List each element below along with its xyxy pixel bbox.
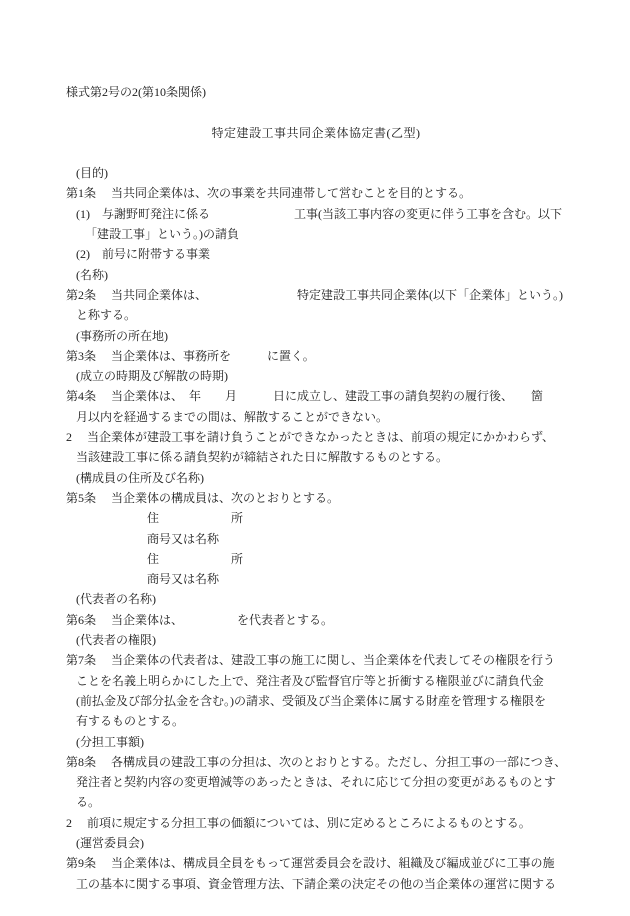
doc-line: ことを名義上明らかにした上で、発注者及び監督官庁等と折衝する権限並びに請負代金: [66, 671, 566, 691]
doc-line: (分担工事額): [66, 732, 566, 752]
doc-line: (目的): [66, 163, 566, 183]
doc-line: 第7条 当企業体の代表者は、建設工事の施工に関し、当企業体を代表してその権限を行…: [66, 650, 566, 670]
doc-line: る。: [66, 792, 566, 812]
doc-line: 発注者と契約内容の変更増減等のあったときは、それに応じて分担の変更があるものとす: [66, 772, 566, 792]
doc-line: (成立の時期及び解散の時期): [66, 366, 566, 386]
doc-line: 当該建設工事に係る請負契約が締結された日に解散するものとする。: [66, 447, 566, 467]
doc-line: 第1条 当共同企業体は、次の事業を共同連帯して営むことを目的とする。: [66, 183, 566, 203]
doc-line: 工の基本に関する事項、資金管理方法、下請企業の決定その他の当企業体の運営に関する: [66, 874, 566, 894]
doc-line: (運営委員会): [66, 833, 566, 853]
doc-line: 第4条 当企業体は、 年 月 日に成立し、建設工事の請負契約の履行後、 箇: [66, 386, 566, 406]
doc-line: 2 当企業体が建設工事を請け負うことができなかったときは、前項の規定にかかわらず…: [66, 427, 566, 447]
doc-line: (名称): [66, 265, 566, 285]
doc-line: と称する。: [66, 305, 566, 325]
doc-line: (前払金及び部分払金を含む。)の請求、受領及び当企業体に属する財産を管理する権限…: [66, 691, 566, 711]
doc-line: 第5条 当企業体の構成員は、次のとおりとする。: [66, 488, 566, 508]
doc-line: 第3条 当企業体は、事務所を に置く。: [66, 346, 566, 366]
doc-line: (構成員の住所及び名称): [66, 468, 566, 488]
document-title: 特定建設工事共同企業体協定書(乙型): [66, 123, 566, 143]
doc-line: 第8条 各構成員の建設工事の分担は、次のとおりとする。ただし、分担工事の一部につ…: [66, 752, 566, 772]
doc-line: (代表者の名称): [66, 589, 566, 609]
doc-line: (代表者の権限): [66, 630, 566, 650]
doc-line: 「建設工事」という。)の請負: [66, 224, 566, 244]
doc-line: (1) 与謝野町発注に係る 工事(当該工事内容の変更に伴う工事を含む。以下: [66, 204, 566, 224]
doc-line: (事務所の所在地): [66, 326, 566, 346]
doc-line: 商号又は名称: [66, 529, 566, 549]
doc-line: 住 所: [66, 549, 566, 569]
document-page: 様式第2号の2(第10条関係) 特定建設工事共同企業体協定書(乙型) (目的)第…: [0, 0, 630, 916]
doc-line: 2 前項に規定する分担工事の価額については、別に定めるところによるものとする。: [66, 813, 566, 833]
doc-line: 住 所: [66, 508, 566, 528]
doc-line: 月以内を経過するまでの間は、解散することができない。: [66, 407, 566, 427]
doc-line: 第6条 当企業体は、 を代表者とする。: [66, 610, 566, 630]
doc-line: (2) 前号に附帯する事業: [66, 244, 566, 264]
doc-line: 第9条 当企業体は、構成員全員をもって運営委員会を設け、組織及び編成並びに工事の…: [66, 853, 566, 873]
form-number: 様式第2号の2(第10条関係): [66, 82, 566, 102]
document-body: (目的)第1条 当共同企業体は、次の事業を共同連帯して営むことを目的とする。(1…: [66, 163, 566, 894]
doc-line: 商号又は名称: [66, 569, 566, 589]
doc-line: 有するものとする。: [66, 711, 566, 731]
doc-line: 第2条 当共同企業体は、 特定建設工事共同企業体(以下「企業体」という。): [66, 285, 566, 305]
